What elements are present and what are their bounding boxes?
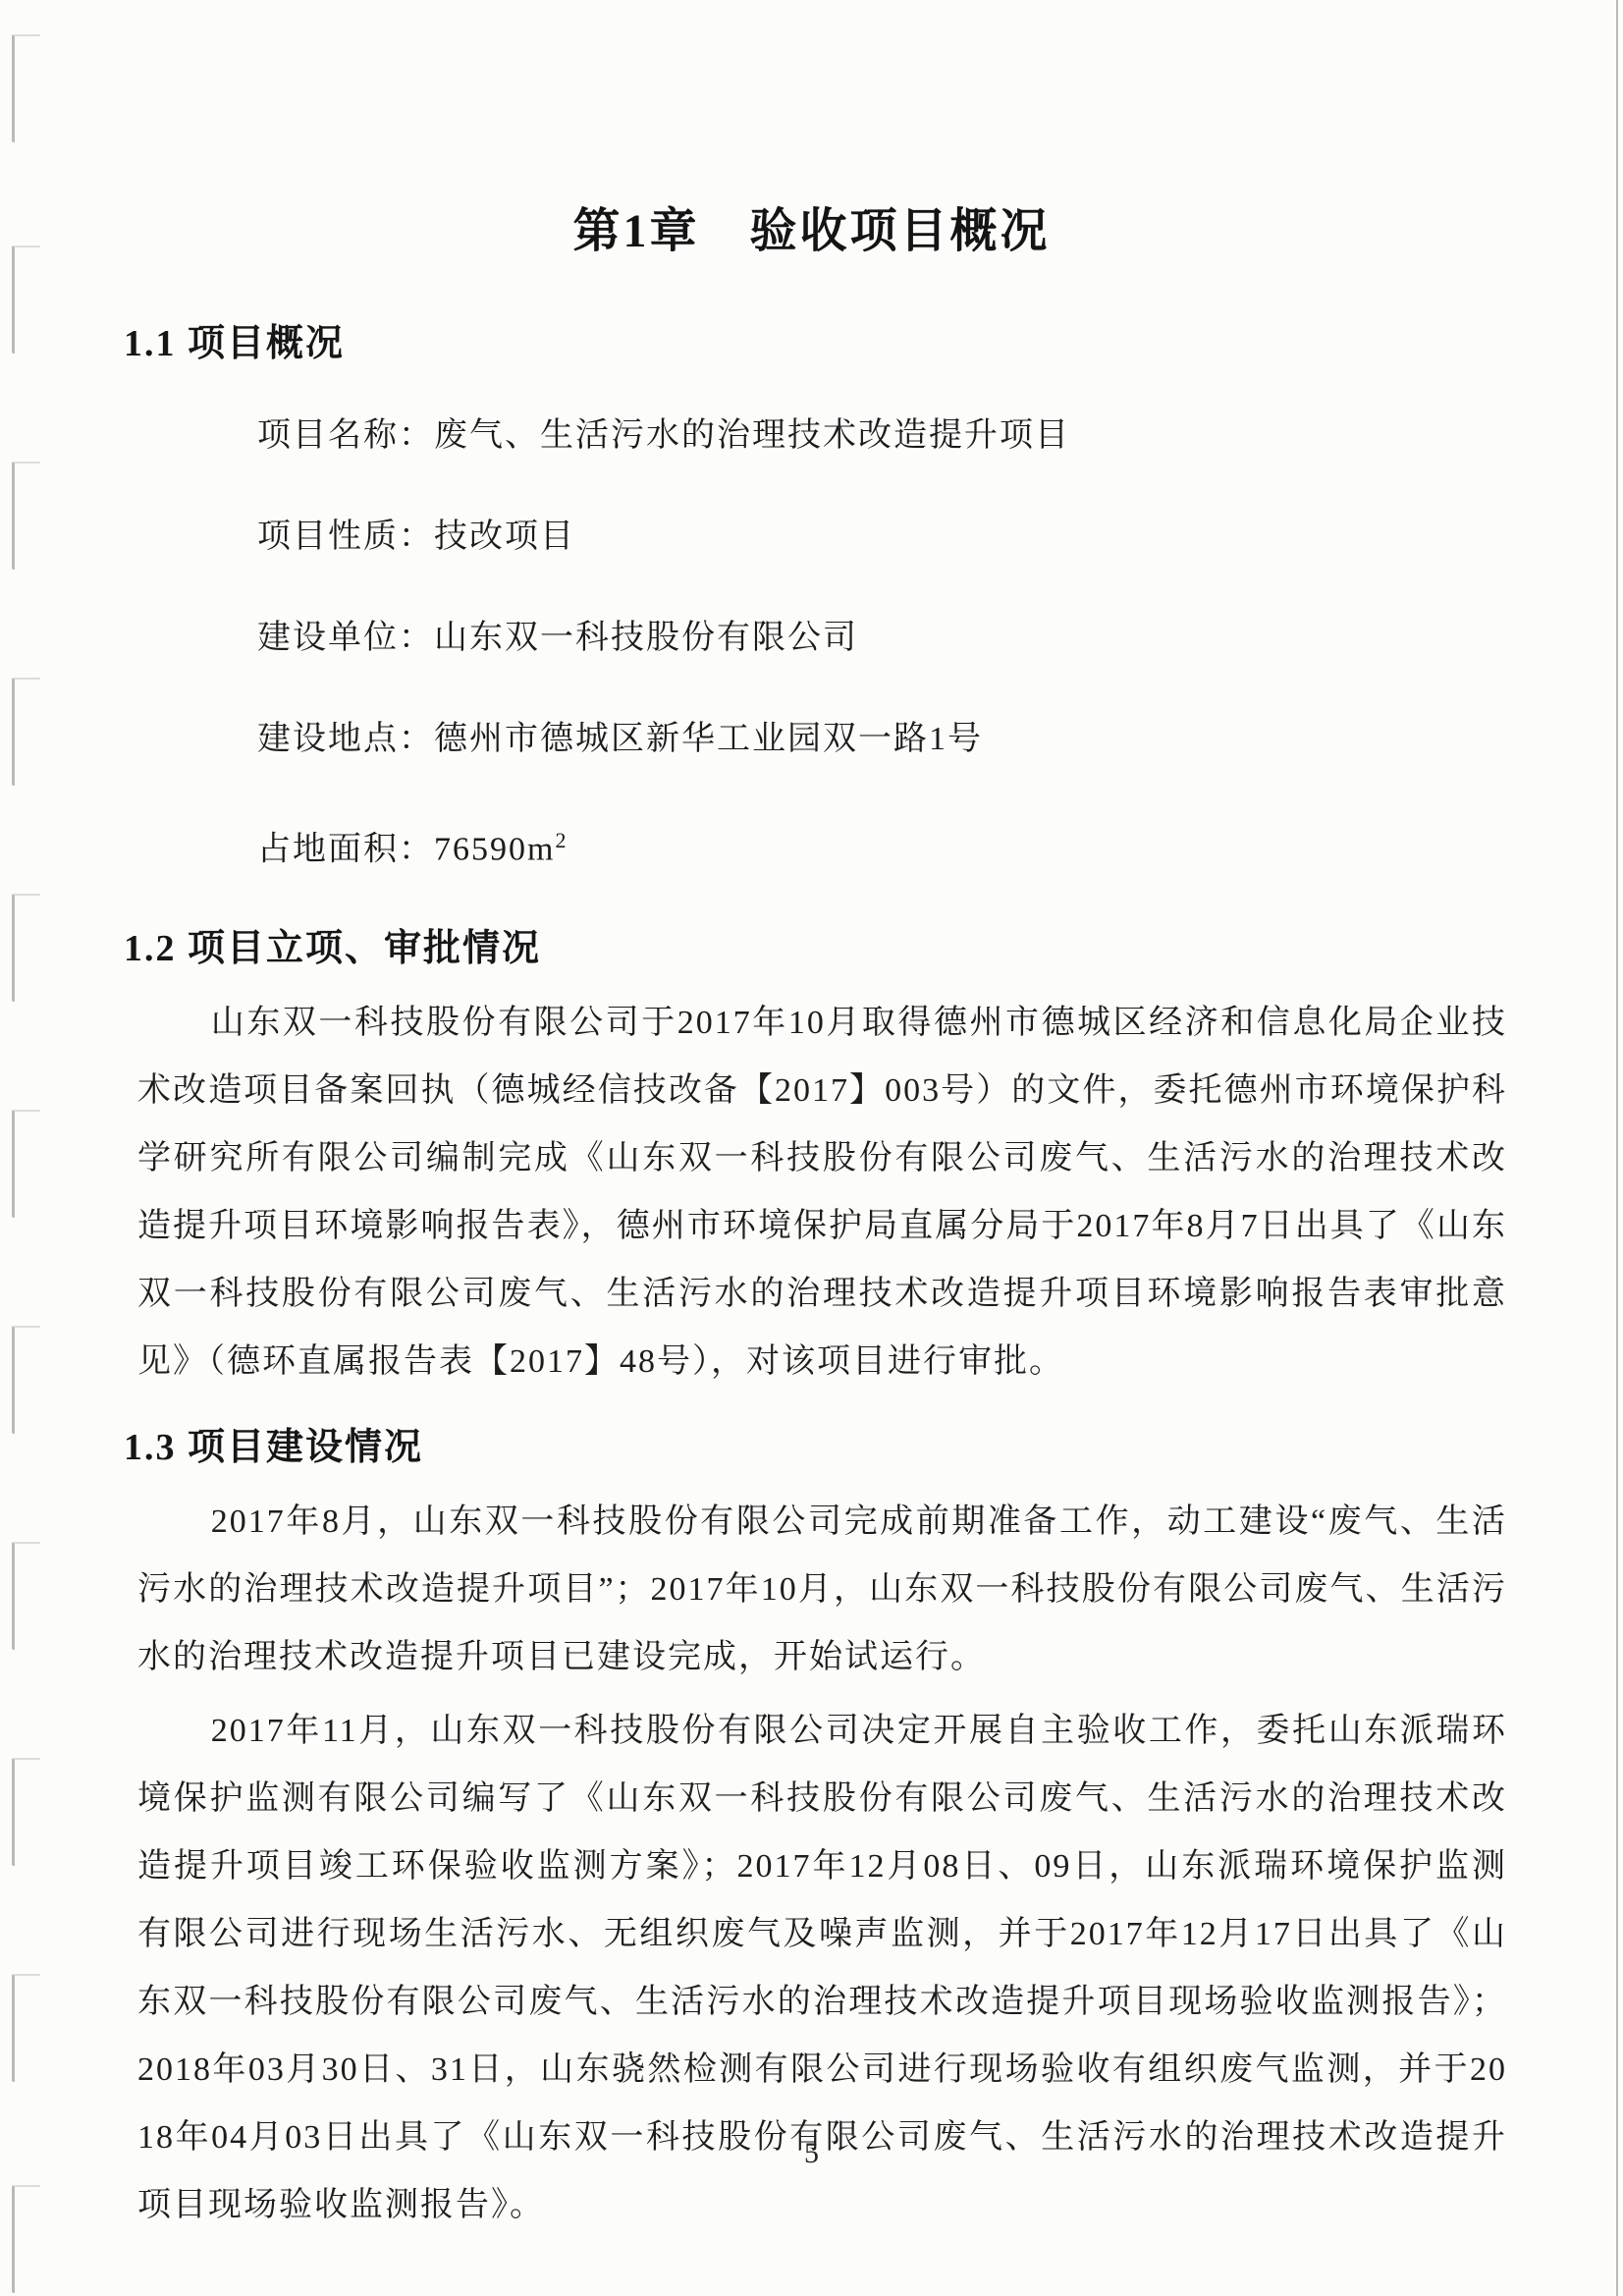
info-value: 德州市德城区新华工业园双一路1号 [434,721,983,757]
chapter-title: 第1章 验收项目概况 [0,201,1623,262]
scan-mark [12,678,40,786]
scan-mark [12,1110,40,1218]
info-item-construction-site: 建设地点：德州市德城区新华工业园双一路1号 [257,705,1505,773]
scan-mark [12,246,40,354]
project-info-list: 项目名称：废气、生活污水的治理技术改造提升项目 项目性质：技改项目 建设单位：山… [257,402,1505,883]
info-value-superscript: 2 [555,828,566,852]
section-heading-1-3: 1.3 项目建设情况 [124,1423,1623,1472]
info-item-construction-unit: 建设单位：山东双一科技股份有限公司 [257,604,1505,672]
info-label: 建设地点： [257,721,434,757]
info-label: 建设单位： [257,620,434,656]
info-value: 76590m [434,831,555,867]
info-item-project-nature: 项目性质：技改项目 [257,503,1505,571]
scan-mark [12,1758,40,1866]
scan-mark [12,894,40,1002]
page-number: 5 [0,2137,1623,2170]
info-item-project-name: 项目名称：废气、生活污水的治理技术改造提升项目 [257,402,1505,469]
section-project-approval: 1.2 项目立项、审批情况 山东双一科技股份有限公司于2017年10月取得德州市… [0,924,1623,1395]
document-page: 第1章 验收项目概况 1.1 项目概况 项目名称：废气、生活污水的治理技术改造提… [0,0,1623,2296]
scan-mark [12,34,40,142]
info-label: 占地面积： [257,831,434,867]
info-label: 项目名称： [257,417,434,454]
scan-mark [12,1974,40,2082]
scan-mark [12,462,40,570]
scan-mark [12,1326,40,1434]
section-project-construction: 1.3 项目建设情况 2017年8月，山东双一科技股份有限公司完成前期准备工作，… [0,1423,1623,2239]
info-value: 山东双一科技股份有限公司 [434,620,858,656]
info-item-land-area: 占地面积：76590m2 [257,806,1505,883]
section-heading-1-1: 1.1 项目概况 [124,319,1623,368]
approval-paragraph: 山东双一科技股份有限公司于2017年10月取得德州市德城区经济和信息化局企业技术… [137,989,1507,1395]
scan-mark [12,1542,40,1650]
section-heading-1-2: 1.2 项目立项、审批情况 [124,924,1623,973]
section-project-overview: 1.1 项目概况 项目名称：废气、生活污水的治理技术改造提升项目 项目性质：技改… [0,319,1623,883]
scan-mark [12,2185,40,2293]
construction-paragraph-1: 2017年8月，山东双一科技股份有限公司完成前期准备工作，动工建设“废气、生活污… [137,1488,1507,1691]
scan-edge-line [1616,0,1618,2296]
info-value: 技改项目 [434,519,575,555]
info-label: 项目性质： [257,519,434,555]
info-value: 废气、生活污水的治理技术改造提升项目 [434,417,1070,454]
